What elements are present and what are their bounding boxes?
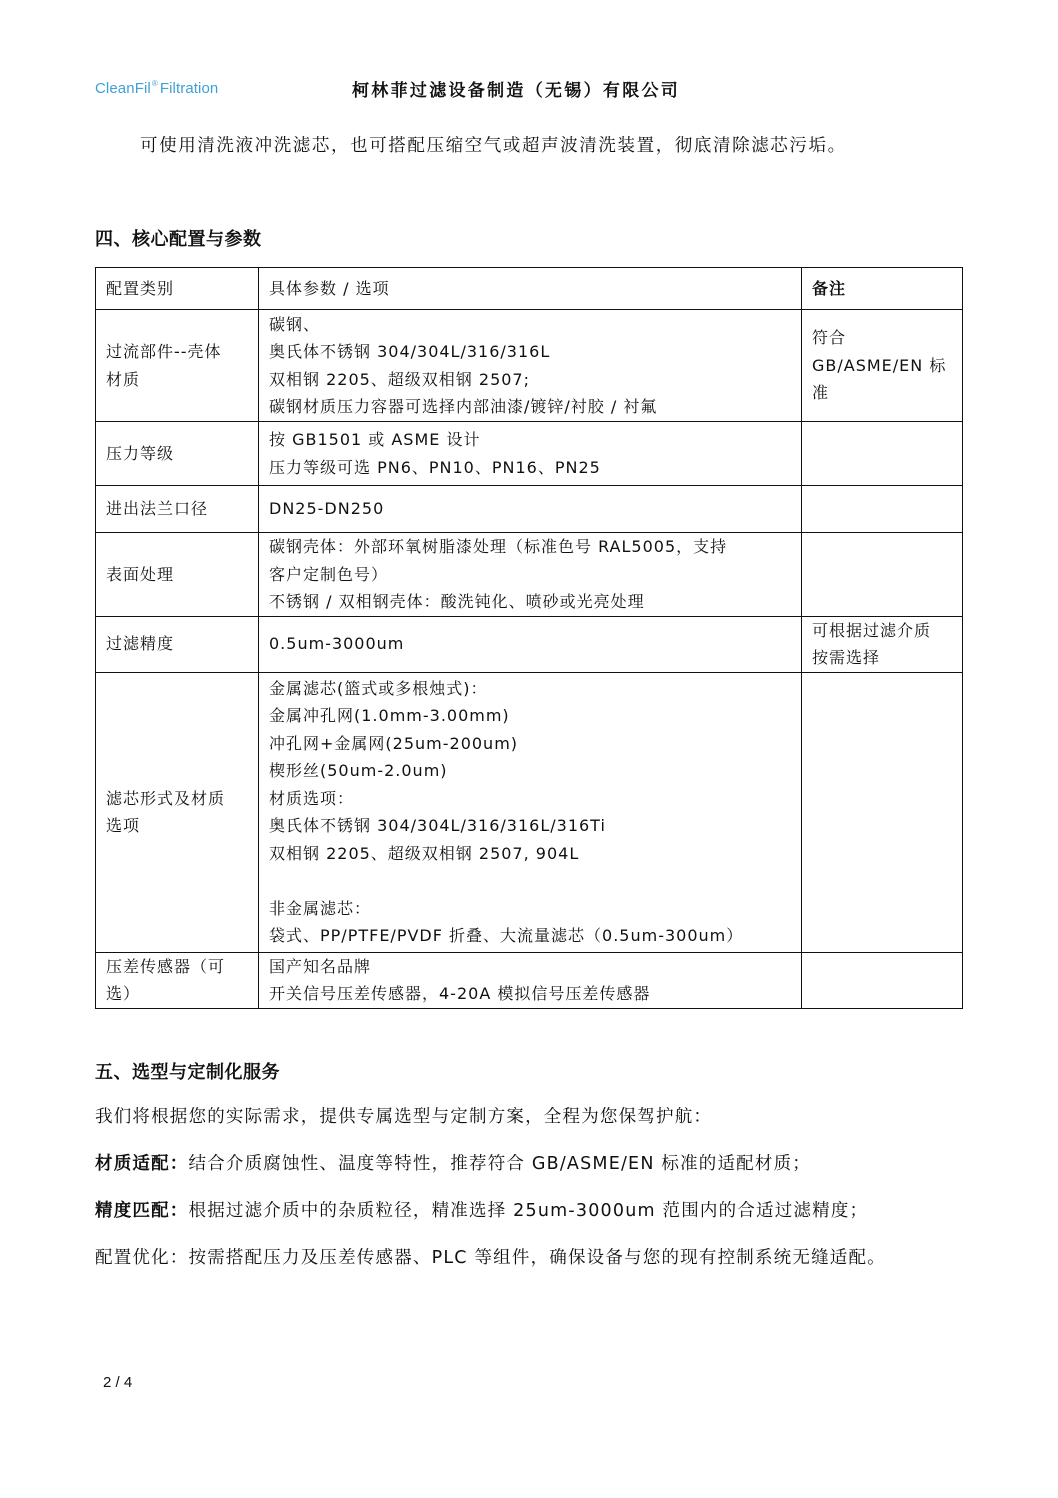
cell-line: 材质: [106, 366, 248, 394]
note-cell: 符合GB/ASME/EN 标准: [802, 310, 963, 422]
params-cell: 按 GB1501 或 ASME 设计压力等级可选 PN6、PN10、PN16、P…: [259, 422, 802, 486]
params-cell: 金属滤芯(篮式或多根烛式)：金属冲孔网(1.0mm-3.00mm)冲孔网+金属网…: [259, 672, 802, 952]
company-name: 柯林菲过滤设备制造（无锡）有限公司: [352, 76, 680, 101]
cell-line: 冲孔网+金属网(25um-200um): [269, 730, 791, 758]
row-shell-material: 过流部件--壳体材质碳钢、奥氏体不锈钢 304/304L/316/316L双相钢…: [96, 310, 963, 422]
cell-line: 选）: [106, 980, 248, 1008]
intro-paragraph: 可使用清洗液冲洗滤芯，也可搭配压缩空气或超声波清洗装置，彻底清除滤芯污垢。: [140, 132, 847, 157]
cell-line: 金属冲孔网(1.0mm-3.00mm): [269, 702, 791, 730]
registered-mark: ®: [152, 79, 158, 88]
note-cell: [802, 422, 963, 486]
row-element-type: 滤芯形式及材质选项金属滤芯(篮式或多根烛式)：金属冲孔网(1.0mm-3.00m…: [96, 672, 963, 952]
params-cell: 0.5um-3000um: [259, 616, 802, 672]
cell-line: GB/ASME/EN 标: [812, 352, 952, 380]
table-header-row: 配置类别 具体参数 / 选项 备注: [96, 268, 963, 310]
note-cell: [802, 533, 963, 617]
category-cell: 过流部件--壳体材质: [96, 310, 259, 422]
material-fit-paragraph: 材质适配：结合介质腐蚀性、温度等特性，推荐符合 GB/ASME/EN 标准的适配…: [95, 1150, 811, 1175]
brand-suffix: Filtration: [160, 80, 219, 97]
category-cell: 进出法兰口径: [96, 486, 259, 533]
row-pressure-rating: 压力等级按 GB1501 或 ASME 设计压力等级可选 PN6、PN10、PN…: [96, 422, 963, 486]
row-flange-size: 进出法兰口径DN25-DN250: [96, 486, 963, 533]
cell-line: 国产知名品牌: [269, 953, 791, 981]
paragraph-text: 结合介质腐蚀性、温度等特性，推荐符合 GB/ASME/EN 标准的适配材质；: [189, 1154, 811, 1174]
spec-table: 配置类别 具体参数 / 选项 备注 过流部件--壳体材质碳钢、奥氏体不锈钢 30…: [95, 267, 963, 1009]
section-5-title: 五、选型与定制化服务: [95, 1058, 280, 1084]
cell-line: 袋式、PP/PTFE/PVDF 折叠、大流量滤芯（0.5um-300um）: [269, 922, 791, 950]
paragraph-text: 我们将根据您的实际需求，提供专属选型与定制方案，全程为您保驾护航：: [95, 1107, 712, 1127]
cell-line: 压力等级可选 PN6、PN10、PN16、PN25: [269, 454, 791, 482]
category-cell: 过滤精度: [96, 616, 259, 672]
brand-name: CleanFil: [95, 80, 151, 97]
cell-line: DN25-DN250: [269, 495, 791, 523]
cell-line: 可根据过滤介质: [812, 617, 952, 645]
row-dp-sensor: 压差传感器（可选）国产知名品牌开关信号压差传感器，4-20A 模拟信号压差传感器: [96, 952, 963, 1008]
cell-line: 滤芯形式及材质: [106, 785, 248, 813]
params-cell: 碳钢壳体：外部环氧树脂漆处理（标准色号 RAL5005，支持客户定制色号）不锈钢…: [259, 533, 802, 617]
cell-line: 碳钢材质压力容器可选择内部油漆/镀锌/衬胶 / 衬氟: [269, 393, 791, 421]
params-cell: DN25-DN250: [259, 486, 802, 533]
row-surface-treatment: 表面处理碳钢壳体：外部环氧树脂漆处理（标准色号 RAL5005，支持客户定制色号…: [96, 533, 963, 617]
note-cell: [802, 952, 963, 1008]
paragraph-text: 配置优化：按需搭配压力及压差传感器、PLC 等组件，确保设备与您的现有控制系统无…: [95, 1248, 886, 1268]
note-cell: [802, 672, 963, 952]
cell-line: 奥氏体不锈钢 304/304L/316/316L/316Ti: [269, 812, 791, 840]
category-cell: 压力等级: [96, 422, 259, 486]
cell-line: 压力等级: [106, 440, 248, 468]
note-cell: [802, 486, 963, 533]
paragraph-lead: 材质适配：: [95, 1154, 189, 1174]
cell-line: 不锈钢 / 双相钢壳体：酸洗钝化、喷砂或光亮处理: [269, 588, 791, 616]
category-cell: 压差传感器（可选）: [96, 952, 259, 1008]
category-cell: 表面处理: [96, 533, 259, 617]
cell-line: 选项: [106, 812, 248, 840]
cell-line: 过滤精度: [106, 630, 248, 658]
cell-line: 0.5um-3000um: [269, 630, 791, 658]
page-indicator: 2 / 4: [103, 1374, 132, 1391]
params-cell: 碳钢、奥氏体不锈钢 304/304L/316/316L双相钢 2205、超级双相…: [259, 310, 802, 422]
cell-line: 按 GB1501 或 ASME 设计: [269, 426, 791, 454]
row-filtration-precision: 过滤精度0.5um-3000um可根据过滤介质按需选择: [96, 616, 963, 672]
precision-match-paragraph: 精度匹配：根据过滤介质中的杂质粒径，精准选择 25um-3000um 范围内的合…: [95, 1197, 868, 1222]
brand-logo: CleanFil®Filtration: [95, 79, 218, 97]
header-cell-params: 具体参数 / 选项: [259, 268, 802, 310]
cell-line: 金属滤芯(篮式或多根烛式)：: [269, 675, 791, 703]
paragraph-text: 根据过滤介质中的杂质粒径，精准选择 25um-3000um 范围内的合适过滤精度…: [189, 1201, 869, 1221]
cell-line: 压差传感器（可: [106, 953, 248, 981]
paragraph-lead: 精度匹配：: [95, 1201, 189, 1221]
cell-line: 准: [812, 379, 952, 407]
cell-line: 双相钢 2205、超级双相钢 2507, 904L: [269, 840, 791, 868]
cell-line: 进出法兰口径: [106, 495, 248, 523]
header-cell-note: 备注: [802, 268, 963, 310]
cell-line: 奥氏体不锈钢 304/304L/316/316L: [269, 338, 791, 366]
cell-line: [269, 867, 791, 895]
note-cell: 可根据过滤介质按需选择: [802, 616, 963, 672]
cell-line: 楔形丝(50um-2.0um): [269, 757, 791, 785]
config-optimize-paragraph: 配置优化：按需搭配压力及压差传感器、PLC 等组件，确保设备与您的现有控制系统无…: [95, 1243, 955, 1274]
params-cell: 国产知名品牌开关信号压差传感器，4-20A 模拟信号压差传感器: [259, 952, 802, 1008]
cell-line: 材质选项：: [269, 785, 791, 813]
cell-line: 符合: [812, 324, 952, 352]
cell-line: 表面处理: [106, 561, 248, 589]
header-cell-category: 配置类别: [96, 268, 259, 310]
cell-line: 碳钢壳体：外部环氧树脂漆处理（标准色号 RAL5005，支持: [269, 533, 791, 561]
cell-line: 客户定制色号）: [269, 561, 791, 589]
cell-line: 过流部件--壳体: [106, 338, 248, 366]
service-intro-paragraph: 我们将根据您的实际需求，提供专属选型与定制方案，全程为您保驾护航：: [95, 1103, 712, 1128]
cell-line: 非金属滤芯：: [269, 895, 791, 923]
cell-line: 按需选择: [812, 644, 952, 672]
section-4-title: 四、核心配置与参数: [95, 225, 262, 251]
category-cell: 滤芯形式及材质选项: [96, 672, 259, 952]
cell-line: 双相钢 2205、超级双相钢 2507;: [269, 366, 791, 394]
cell-line: 开关信号压差传感器，4-20A 模拟信号压差传感器: [269, 980, 791, 1008]
cell-line: 碳钢、: [269, 311, 791, 339]
